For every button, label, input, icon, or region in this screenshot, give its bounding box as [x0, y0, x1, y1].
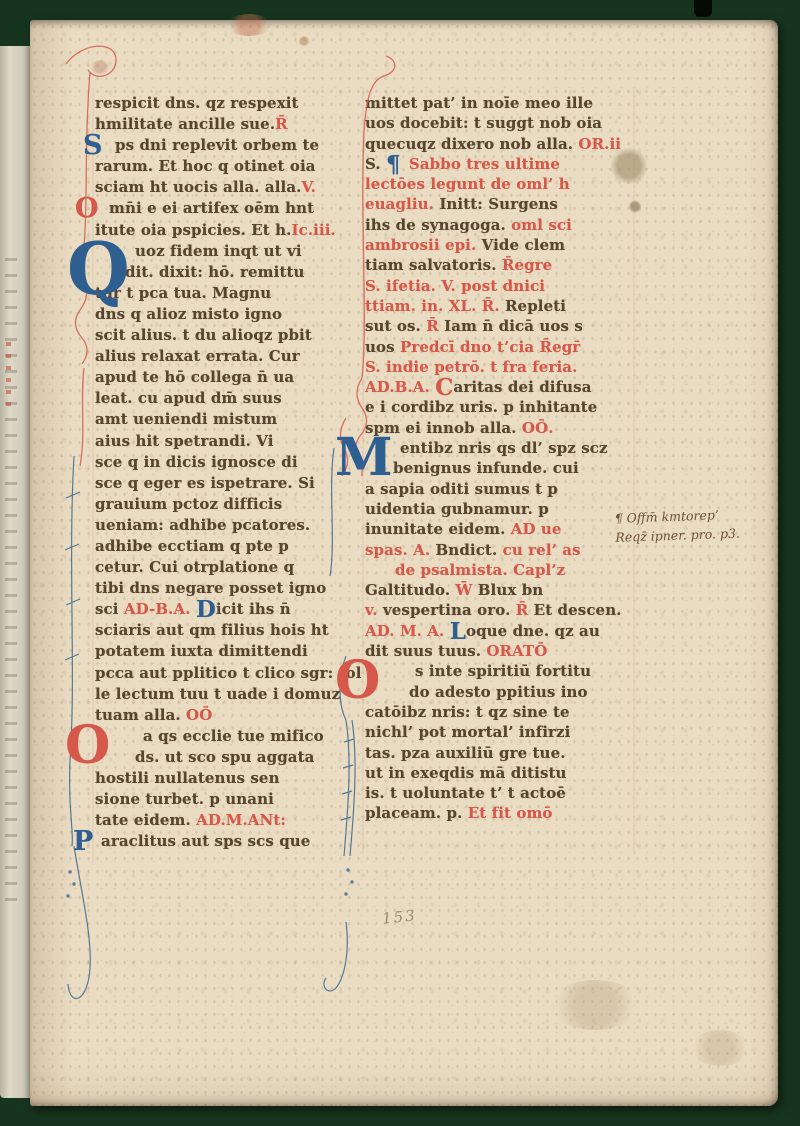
- manuscript-text-line: ambrosii epi. Vide clem: [365, 235, 637, 255]
- body-text: le lectum tuu t uade i domuz: [95, 685, 340, 703]
- body-text: dit suus tuus.: [365, 642, 486, 660]
- body-text: leat. cu apud dm̄ suus: [95, 389, 282, 407]
- manuscript-text-line: spas. A. Bndict. cu rel’ as: [365, 540, 637, 560]
- rubric-text: spas. A.: [365, 541, 436, 559]
- body-text: tiam salvatoris.: [365, 256, 502, 274]
- marginal-annotation: ¶ Offm̄ kmtorep’ Reqz̄ ipner. pro. p3.: [614, 503, 780, 547]
- body-text: oque dne. qz au: [466, 622, 600, 640]
- body-text: uos: [365, 338, 400, 356]
- manuscript-text-line: Quoz fidem inqt ut vi: [95, 241, 367, 262]
- manuscript-text-line: Mentibz nris qs dl’ spz scz: [365, 438, 637, 458]
- body-text: mittet pat’ in noīe meo ille: [365, 94, 593, 112]
- body-text: sciam ht uocis alla. alla.: [95, 178, 302, 196]
- rubric-text: v.: [365, 601, 383, 619]
- rubric-text: oml sci: [511, 216, 572, 234]
- drop-cap-initial: O: [65, 720, 110, 772]
- rubric-text: R̄: [275, 115, 288, 133]
- drop-cap-initial: O: [335, 655, 380, 707]
- body-text: ihs de synagoga.: [365, 216, 511, 234]
- manuscript-text-line: uos docebit: t suggt nob oia: [365, 113, 637, 133]
- body-text: icit ihs n̄: [216, 600, 291, 618]
- manuscript-text-line: Oa qs ecclie tue mifico: [95, 726, 367, 747]
- rubric-text: OŌ.: [522, 419, 554, 437]
- body-text: cetur. Cui otrplatione q: [95, 558, 294, 576]
- rubric-text: OR.ii: [578, 135, 621, 153]
- manuscript-text-line: euagliu. Initt: Surgens: [365, 194, 637, 214]
- manuscript-text-line: hostili nullatenus sen: [95, 768, 367, 789]
- manuscript-text-line: de psalmista. Capl’z: [365, 560, 637, 580]
- parchment-stain: [690, 1030, 750, 1066]
- body-text: dit. dixit: hō. remittu: [125, 263, 305, 281]
- body-text: e i cordibz uris. p inhitante: [365, 398, 597, 416]
- body-text: Repleti: [505, 297, 566, 315]
- manuscript-text-line: cetur. Cui otrplatione q: [95, 557, 367, 578]
- manuscript-text-line: ds. ut sco spu aggata: [95, 747, 367, 768]
- body-text: aritas dei difusa: [454, 378, 592, 396]
- rubric-text: AD-B.A.: [124, 600, 196, 618]
- body-text: quecuqz dixero nob alla.: [365, 135, 578, 153]
- manuscript-text-line: aius hit spetrandi. Vi: [95, 431, 367, 452]
- rubric-text: S. ifetia. V. post dnici: [365, 277, 545, 295]
- body-text: mn̄i e ei artifex oēm hnt: [109, 199, 314, 217]
- manuscript-text-line: Paraclitus aut sps scs que: [95, 831, 367, 852]
- manuscript-text-line: tur t pca tua. Magnu: [95, 283, 367, 304]
- text-column-right: mittet pat’ in noīe meo illeuos docebit:…: [365, 93, 637, 824]
- parchment-stain: [550, 980, 640, 1030]
- parchment-stain: [298, 36, 310, 46]
- manuscript-text-line: uos Predcī dno t’cia R̄egr̄: [365, 337, 637, 357]
- manuscript-text-line: inunitate eidem. AD ue: [365, 519, 637, 539]
- rubric-text: Et fit omō: [468, 804, 553, 822]
- body-text: entibz nris qs dl’ spz scz: [400, 439, 608, 457]
- manuscript-text-line: apud te hō collega n̄ ua: [95, 367, 367, 388]
- body-text: uoz fidem inqt ut vi: [135, 242, 302, 260]
- binding-mark: [694, 0, 712, 17]
- manuscript-text-line: rarum. Et hoc q otinet oia: [95, 156, 367, 177]
- manuscript-text-line: sut os. R̄ Iam n̄ dicā uos s: [365, 316, 637, 336]
- body-text: tibi dns negare posset igno: [95, 579, 326, 597]
- rubric-text: AD. M. A.: [365, 622, 450, 640]
- colored-initial-text: D: [196, 596, 216, 623]
- body-text: s inte spiritiū fortitu: [415, 662, 591, 680]
- body-text: placeam. p.: [365, 804, 468, 822]
- body-text: amt ueniendi mistum: [95, 410, 277, 428]
- manuscript-text-line: Sps dni replevit orbem te: [95, 135, 367, 156]
- rubric-text: R̄egre: [502, 256, 552, 274]
- manuscript-text-line: adhibe ecctiam q pte p: [95, 536, 367, 557]
- manuscript-text-line: grauium pctoz difficis: [95, 494, 367, 515]
- body-text: S.: [365, 155, 386, 173]
- drop-cap-initial: Q: [67, 233, 130, 305]
- manuscript-text-line: dit suus tuus. ORATŌ: [365, 641, 637, 661]
- manuscript-text-line: amt ueniendi mistum: [95, 409, 367, 430]
- drop-cap-initial: P: [73, 828, 93, 855]
- drop-cap-initial: O: [75, 195, 99, 222]
- manuscript-text-line: sione turbet. p unani: [95, 789, 367, 810]
- manuscript-text-line: tate eidem. AD.M.ANt:: [95, 810, 367, 831]
- rubric-text: Ic.iii.: [291, 221, 335, 239]
- manuscript-text-line: Os inte spiritiū fortitu: [365, 661, 637, 681]
- body-text: hostili nullatenus sen: [95, 769, 280, 787]
- manuscript-text-line: le lectum tuu t uade i domuz: [95, 684, 367, 705]
- manuscript-text-line: nichl’ pot mortal’ infirzi: [365, 722, 637, 742]
- previous-leaf-fore-edge: [0, 46, 32, 1098]
- folio-number-pencil: 153: [381, 906, 417, 928]
- rubric-text: S. indie petrō. t fra feria.: [365, 358, 577, 376]
- manuscript-text-line: lectōes legunt de oml’ h: [365, 174, 637, 194]
- manuscript-text-line: a sapia oditi sumus t p: [365, 479, 637, 499]
- body-text: sut os.: [365, 317, 426, 335]
- manuscript-text-line: tas. pza auxiliū gre tue.: [365, 743, 637, 763]
- rubric-text: AD.B.A.: [365, 378, 435, 396]
- body-text: nichl’ pot mortal’ infirzi: [365, 723, 570, 741]
- body-text: apud te hō collega n̄ ua: [95, 368, 294, 386]
- drop-cap-initial: M: [335, 432, 393, 484]
- manuscript-text-line: catōibz nris: t qz sine te: [365, 702, 637, 722]
- manuscript-text-line: spm ei innob alla. OŌ.: [365, 418, 637, 438]
- rubric-text: ttiam. in. XL. R̄.: [365, 297, 505, 315]
- body-text: ut in exeqdis mā ditistu: [365, 764, 567, 782]
- body-text: is. t uoluntate t’ t actoē: [365, 784, 566, 802]
- rubric-text: de psalmista. Capl’z: [395, 561, 565, 579]
- body-text: sione turbet. p unani: [95, 790, 274, 808]
- body-text: grauium pctoz difficis: [95, 495, 282, 513]
- body-text: benignus infunde. cui: [393, 459, 579, 477]
- manuscript-text-line: respicit dns. qz respexit: [95, 93, 367, 114]
- body-text: do adesto ppitius ino: [409, 683, 588, 701]
- parchment-stain: [226, 14, 272, 36]
- body-text: araclitus aut sps scs que: [101, 832, 310, 850]
- manuscript-text-line: S. ifetia. V. post dnici: [365, 276, 637, 296]
- body-text: sce q in dicis ignosce di: [95, 453, 298, 471]
- body-text: uos docebit: t suggt nob oia: [365, 114, 602, 132]
- body-text: uidentia gubnamur. p: [365, 500, 549, 518]
- manuscript-text-line: AD.B.A. Caritas dei difusa: [365, 377, 637, 397]
- manuscript-text-line: ihs de synagoga. oml sci: [365, 215, 637, 235]
- manuscript-text-line: AD. M. A. Loque dne. qz au: [365, 621, 637, 641]
- rubric-text: W̄: [455, 581, 477, 599]
- manuscript-text-line: sci AD-B.A. Dicit ihs n̄: [95, 599, 367, 620]
- manuscript-text-line: sce q in dicis ignosce di: [95, 452, 367, 473]
- body-text: Initt: Surgens: [439, 195, 558, 213]
- rubric-text: AD ue: [511, 520, 562, 538]
- rubric-text: V.: [302, 178, 316, 196]
- manuscript-text-line: uidentia gubnamur. p: [365, 499, 637, 519]
- manuscript-text-line: sciam ht uocis alla. alla.V.: [95, 177, 367, 198]
- manuscript-text-line: e i cordibz uris. p inhitante: [365, 397, 637, 417]
- body-text: adhibe ecctiam q pte p: [95, 537, 289, 555]
- body-text: sciaris aut qm filius hois ht: [95, 621, 329, 639]
- body-text: potatem iuxta dimittendi: [95, 642, 308, 660]
- manuscript-text-line: Omn̄i e ei artifex oēm hnt: [95, 198, 367, 219]
- body-text: alius relaxat errata. Cur: [95, 347, 300, 365]
- manuscript-text-line: do adesto ppitius ino: [365, 682, 637, 702]
- manuscript-text-line: ut in exeqdis mā ditistu: [365, 763, 637, 783]
- manuscript-text-line: placeam. p. Et fit omō: [365, 803, 637, 823]
- body-text: vespertina oro.: [383, 601, 516, 619]
- rubric-text: AD.M.ANt:: [196, 811, 286, 829]
- rubric-text: lectōes legunt de oml’ h: [365, 175, 570, 193]
- body-text: Blux bn: [478, 581, 544, 599]
- body-text: Et descen.: [534, 601, 622, 619]
- body-text: ueniam: adhibe pcatores.: [95, 516, 310, 534]
- body-text: ds. ut sco spu aggata: [135, 748, 314, 766]
- manuscript-page: respicit dns. qz respexithmilitate ancil…: [30, 20, 778, 1106]
- rubric-text: Predcī dno t’cia R̄egr̄: [400, 338, 580, 356]
- body-text: a qs ecclie tue mifico: [143, 727, 324, 745]
- body-text: inunitate eidem.: [365, 520, 511, 538]
- manuscript-text-line: S. indie petrō. t fra feria.: [365, 357, 637, 377]
- manuscript-text-line: dns q alioz misto igno: [95, 304, 367, 325]
- rubric-text: ORATŌ: [486, 642, 547, 660]
- manuscript-text-line: tiam salvatoris. R̄egre: [365, 255, 637, 275]
- parchment-stain: [90, 60, 110, 74]
- manuscript-text-line: Galtitudo. W̄ Blux bn: [365, 580, 637, 600]
- body-text: sci: [95, 600, 124, 618]
- body-text: aius hit spetrandi. Vi: [95, 432, 274, 450]
- body-text: respicit dns. qz respexit: [95, 94, 299, 112]
- manuscript-text-line: ueniam: adhibe pcatores.: [95, 515, 367, 536]
- body-text: rarum. Et hoc q otinet oia: [95, 157, 316, 175]
- manuscript-text-line: tibi dns negare posset igno: [95, 578, 367, 599]
- body-text: pcca aut pplitico t clico sgr: tol: [95, 664, 362, 682]
- text-column-left: respicit dns. qz respexithmilitate ancil…: [95, 93, 367, 852]
- body-text: a sapia oditi sumus t p: [365, 480, 558, 498]
- manuscript-text-line: benignus infunde. cui: [365, 458, 637, 478]
- manuscript-text-line: dit. dixit: hō. remittu: [95, 262, 367, 283]
- manuscript-text-line: potatem iuxta dimittendi: [95, 641, 367, 662]
- manuscript-text-line: scit alius. t du alioqz pbit: [95, 325, 367, 346]
- fore-edge-rubric-marks: [6, 336, 11, 406]
- manuscript-text-line: mittet pat’ in noīe meo ille: [365, 93, 637, 113]
- manuscript-text-line: is. t uoluntate t’ t actoē: [365, 783, 637, 803]
- body-text: sce q eger es ispetrare. Si: [95, 474, 315, 492]
- body-text: Galtitudo.: [365, 581, 455, 599]
- blue-penwork-dots: [66, 868, 353, 897]
- manuscript-text-line: ttiam. in. XL. R̄. Repleti: [365, 296, 637, 316]
- rubric-text: euagliu.: [365, 195, 439, 213]
- rubric-text: OŌ: [186, 706, 212, 724]
- manuscript-text-line: alius relaxat errata. Cur: [95, 346, 367, 367]
- rubric-text: R̄: [426, 317, 444, 335]
- drop-cap-initial: S: [83, 132, 103, 159]
- rubric-text: ambrosii epi.: [365, 236, 482, 254]
- manuscript-text-line: hmilitate ancille sue.R̄: [95, 114, 367, 135]
- manuscript-text-line: S. ¶ Sabbo tres ultime: [365, 154, 637, 174]
- body-text: ps dni replevit orbem te: [115, 136, 319, 154]
- body-text: Bndict.: [436, 541, 503, 559]
- body-text: catōibz nris: t qz sine te: [365, 703, 570, 721]
- manuscript-text-line: pcca aut pplitico t clico sgr: tol: [95, 663, 367, 684]
- manuscript-text-line: sciaris aut qm filius hois ht: [95, 620, 367, 641]
- manuscript-text-line: tuam alla. OŌ: [95, 705, 367, 726]
- manuscript-text-line: leat. cu apud dm̄ suus: [95, 388, 367, 409]
- rubric-text: R̄: [516, 601, 534, 619]
- body-text: Vide clem: [482, 236, 565, 254]
- body-text: tate eidem.: [95, 811, 196, 829]
- photograph-background: { "document": { "type": "medieval manusc…: [0, 0, 800, 1126]
- body-text: scit alius. t du alioqz pbit: [95, 326, 312, 344]
- rubric-text: Sabbo tres ultime: [409, 155, 560, 173]
- body-text: tas. pza auxiliū gre tue.: [365, 744, 566, 762]
- manuscript-text-line: itute oia pspicies. Et h.Ic.iii.: [95, 220, 367, 241]
- manuscript-text-line: sce q eger es ispetrare. Si: [95, 473, 367, 494]
- body-text: hmilitate ancille sue.: [95, 115, 275, 133]
- rubric-text: cu rel’ as: [503, 541, 581, 559]
- manuscript-text-line: v. vespertina oro. R̄ Et descen.: [365, 600, 637, 620]
- body-text: Iam n̄ dicā uos s: [444, 317, 583, 335]
